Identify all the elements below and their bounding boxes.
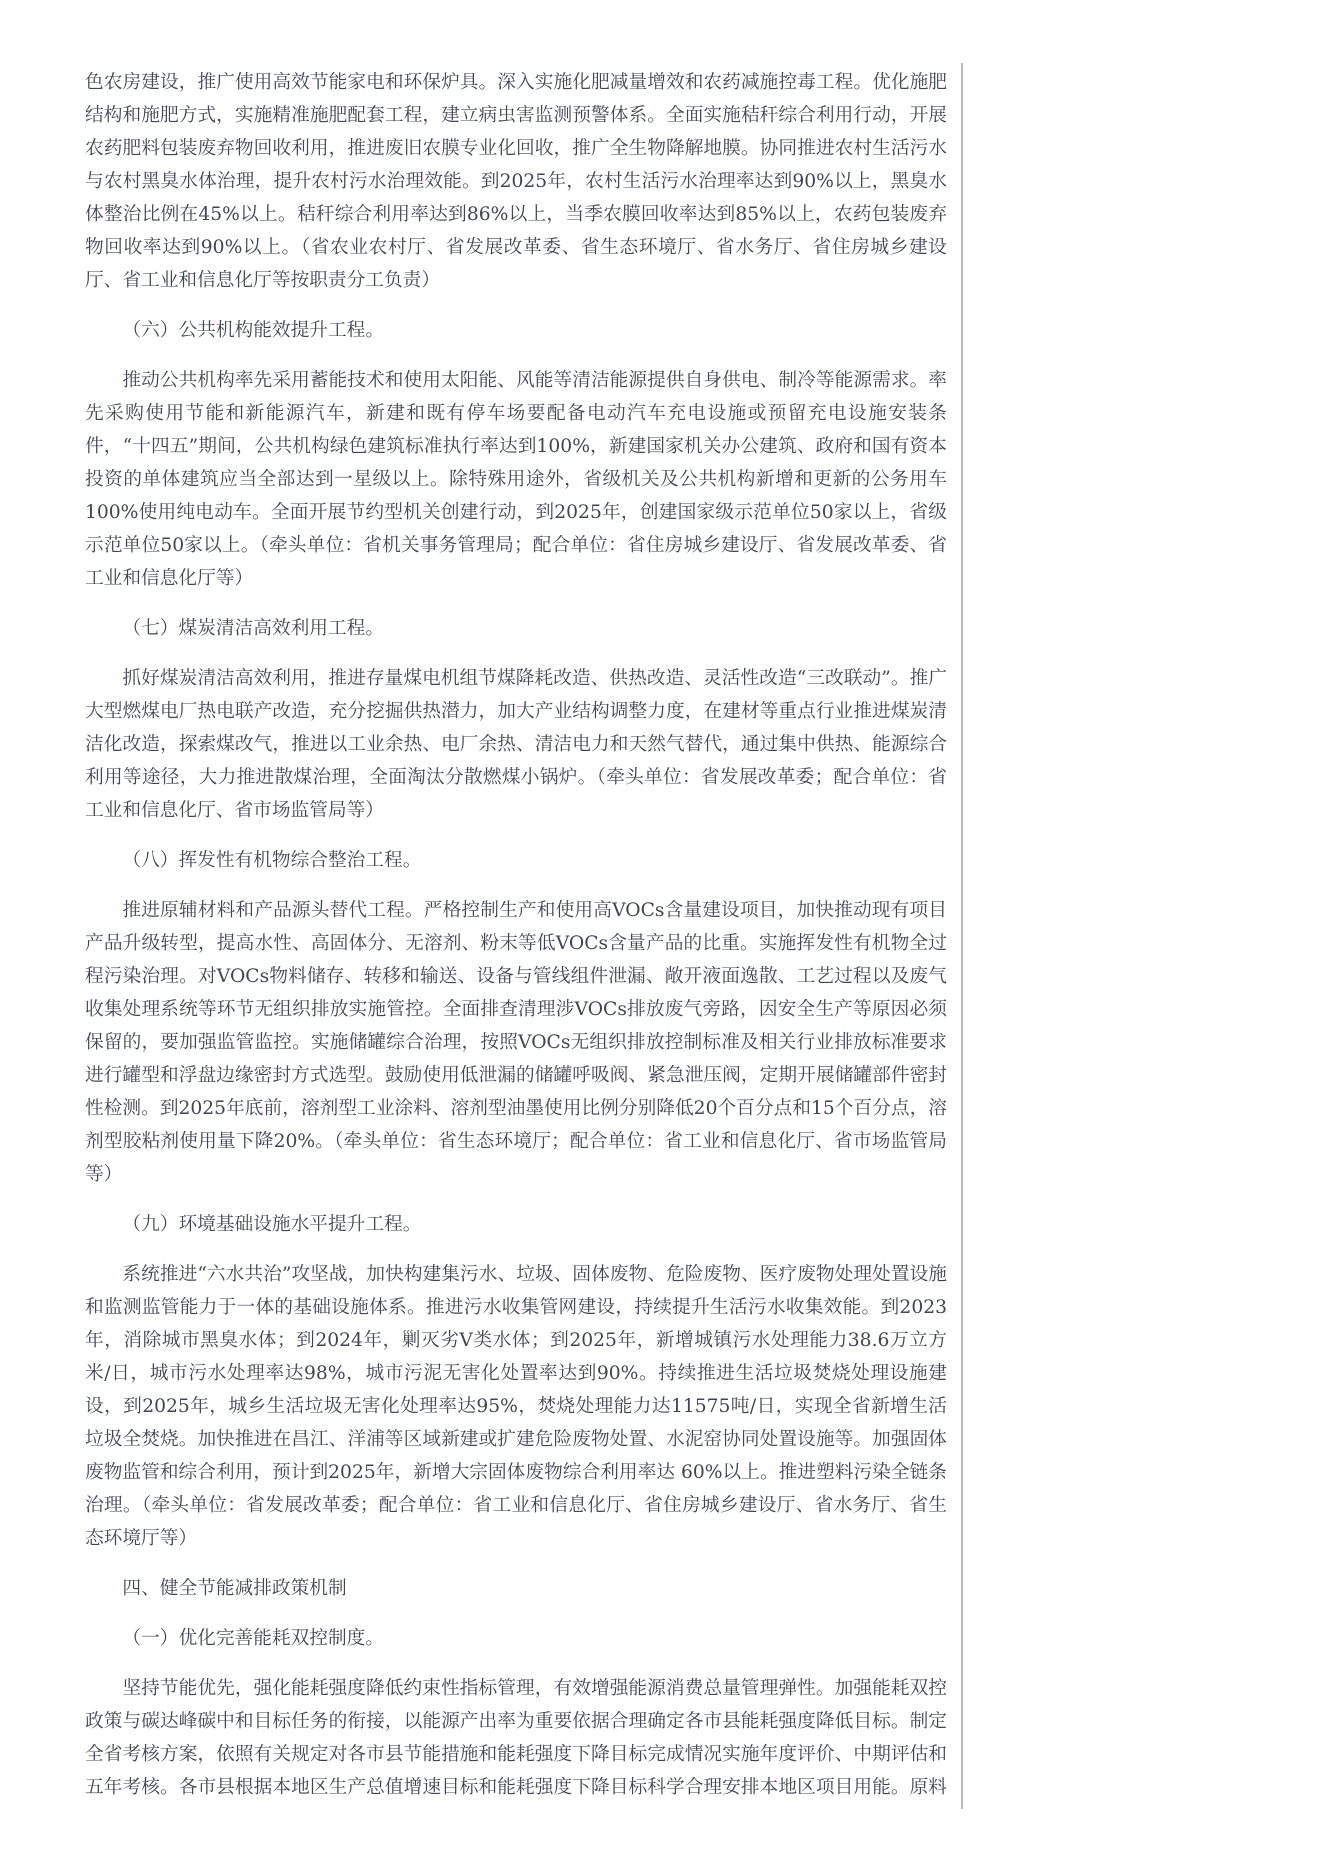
section-heading: （九）环境基础设施水平提升工程。 [85, 1208, 947, 1241]
paragraph: 抓好煤炭清洁高效利用，推进存量煤电机组节煤降耗改造、供热改造、灵活性改造“三改联… [85, 662, 947, 827]
section-heading: （一）优化完善能耗双控制度。 [85, 1622, 947, 1655]
section-heading: 四、健全节能减排政策机制 [85, 1572, 947, 1605]
paragraph: 坚持节能优先，强化能耗强度降低约束性指标管理，有效增强能源消费总量管理弹性。加强… [85, 1672, 947, 1804]
paragraph: 推进原辅材料和产品源头替代工程。严格控制生产和使用高VOCs含量建设项目，加快推… [85, 894, 947, 1191]
paragraph: 推动公共机构率先采用蓄能技术和使用太阳能、风能等清洁能源提供自身供电、制冷等能源… [85, 364, 947, 595]
section-heading: （六）公共机构能效提升工程。 [85, 314, 947, 347]
document-text-column: 色农房建设，推广使用高效节能家电和环保炉具。深入实施化肥减量增效和农药减施控毒工… [85, 66, 947, 1821]
section-heading: （八）挥发性有机物综合整治工程。 [85, 844, 947, 877]
document-page: 色农房建设，推广使用高效节能家电和环保炉具。深入实施化肥减量增效和农药减施控毒工… [0, 0, 1323, 1871]
paragraph: 色农房建设，推广使用高效节能家电和环保炉具。深入实施化肥减量增效和农药减施控毒工… [85, 66, 947, 297]
page-right-border [961, 63, 963, 1809]
section-heading: （七）煤炭清洁高效利用工程。 [85, 612, 947, 645]
paragraph: 系统推进“六水共治”攻坚战，加快构建集污水、垃圾、固体废物、危险废物、医疗废物处… [85, 1258, 947, 1555]
